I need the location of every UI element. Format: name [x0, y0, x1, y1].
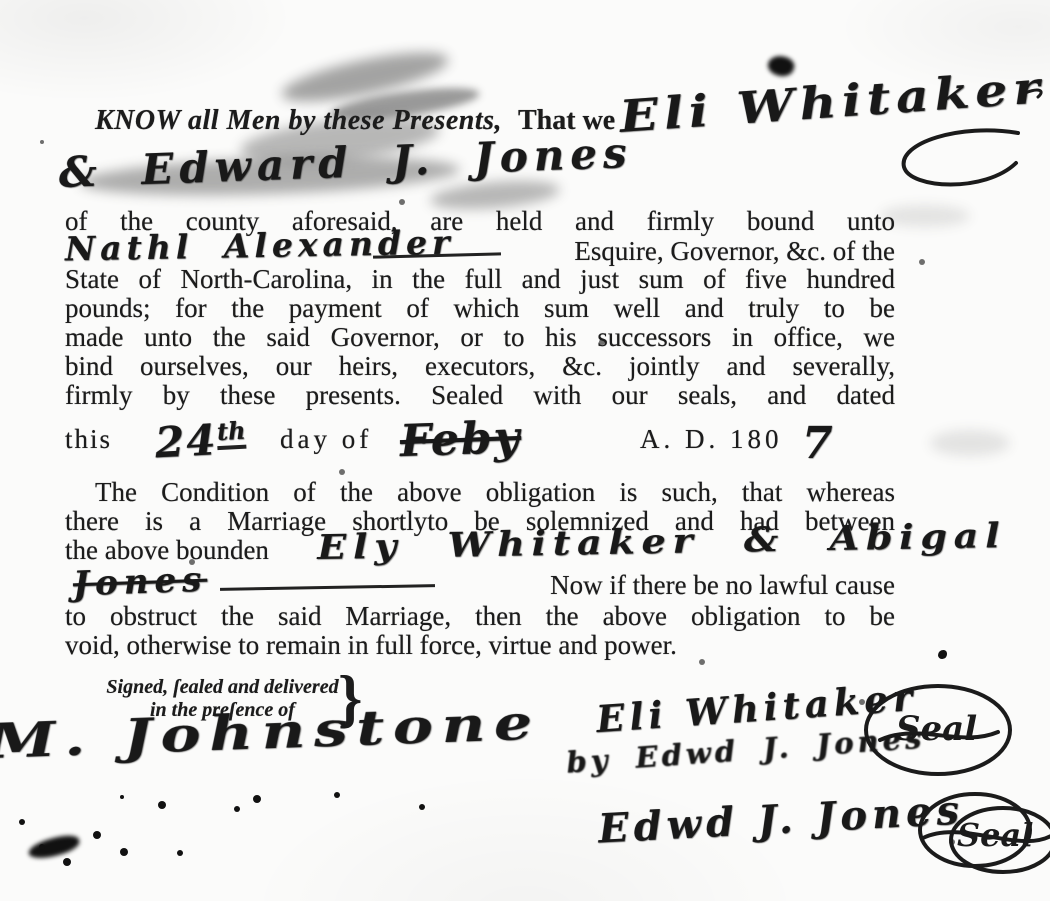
handwritten-rule: [220, 584, 435, 591]
printed-line: made unto the said Governor, or to his s…: [65, 323, 895, 352]
printed-line: firmly by these presents. Sealed with ou…: [65, 381, 895, 410]
marriage-bond-document: KNOW all Men by these Presents,That we E…: [0, 0, 1050, 901]
ink-speckles: [40, 140, 44, 144]
attestation-line: Signed, ſealed and delivered: [95, 676, 350, 699]
ink-dot: [938, 650, 947, 659]
printed-line: void, otherwise to remain in full force,…: [65, 631, 895, 660]
printed-day-of-label: day of: [280, 424, 372, 455]
handwritten-day: 24th: [154, 414, 247, 468]
seal-edward-jones: Seal: [915, 788, 1050, 888]
witness-signature: M. Johnstone: [0, 695, 542, 770]
couple-surname-line: Jones Now if there be no lawful cause: [65, 570, 895, 602]
printed-line: State of North-Carolina, in the full and…: [65, 265, 895, 294]
printed-anno-domini: A. D. 180: [640, 424, 783, 455]
printed-line: Now if there be no lawful cause: [550, 570, 895, 601]
seal-label: Seal: [957, 816, 1033, 854]
handwritten-bride-surname: Jones: [72, 560, 208, 605]
printed-line: pounds; for the payment of which sum wel…: [65, 294, 895, 323]
ink-speckles: [120, 795, 124, 799]
ink-smudge: [278, 43, 451, 112]
printed-this-label: this: [65, 424, 112, 455]
ink-blot: [765, 52, 796, 80]
printed-line: bind ourselves, our heirs, executors, &c…: [65, 352, 895, 381]
obligation-paragraph: of the county aforesaid, are held and fi…: [65, 207, 895, 462]
condition-paragraph: The Condition of the above obligation is…: [65, 478, 895, 660]
handwritten-day-suffix: th: [216, 416, 246, 450]
printed-line: Esquire, Governor, &c. of the: [574, 236, 895, 267]
date-line: this 24th day of Feby A. D. 180 7: [65, 420, 895, 462]
signature-edward-jones: Edwd J. Jones: [597, 786, 965, 852]
handwritten-year-digit: 7: [802, 418, 833, 469]
printed-opening-phrase: KNOW all Men by these Presents,: [95, 105, 502, 136]
handwritten-principal-name: Eli Whitaker: [618, 62, 1047, 143]
obligee-line: Nathl Alexander Esquire, Governor, &c. o…: [65, 236, 895, 265]
handwritten-month: Feby: [399, 412, 522, 467]
printed-line: to obstruct the said Marriage, then the …: [65, 602, 895, 631]
handwritten-obligee-name: Nathl Alexander: [65, 223, 455, 269]
ink-smudge: [930, 430, 1010, 456]
handwritten-cosigner-name: & Edward J. Jones: [58, 128, 633, 197]
printed-line: The Condition of the above obligation is…: [65, 478, 895, 507]
ink-blot: [27, 833, 82, 861]
